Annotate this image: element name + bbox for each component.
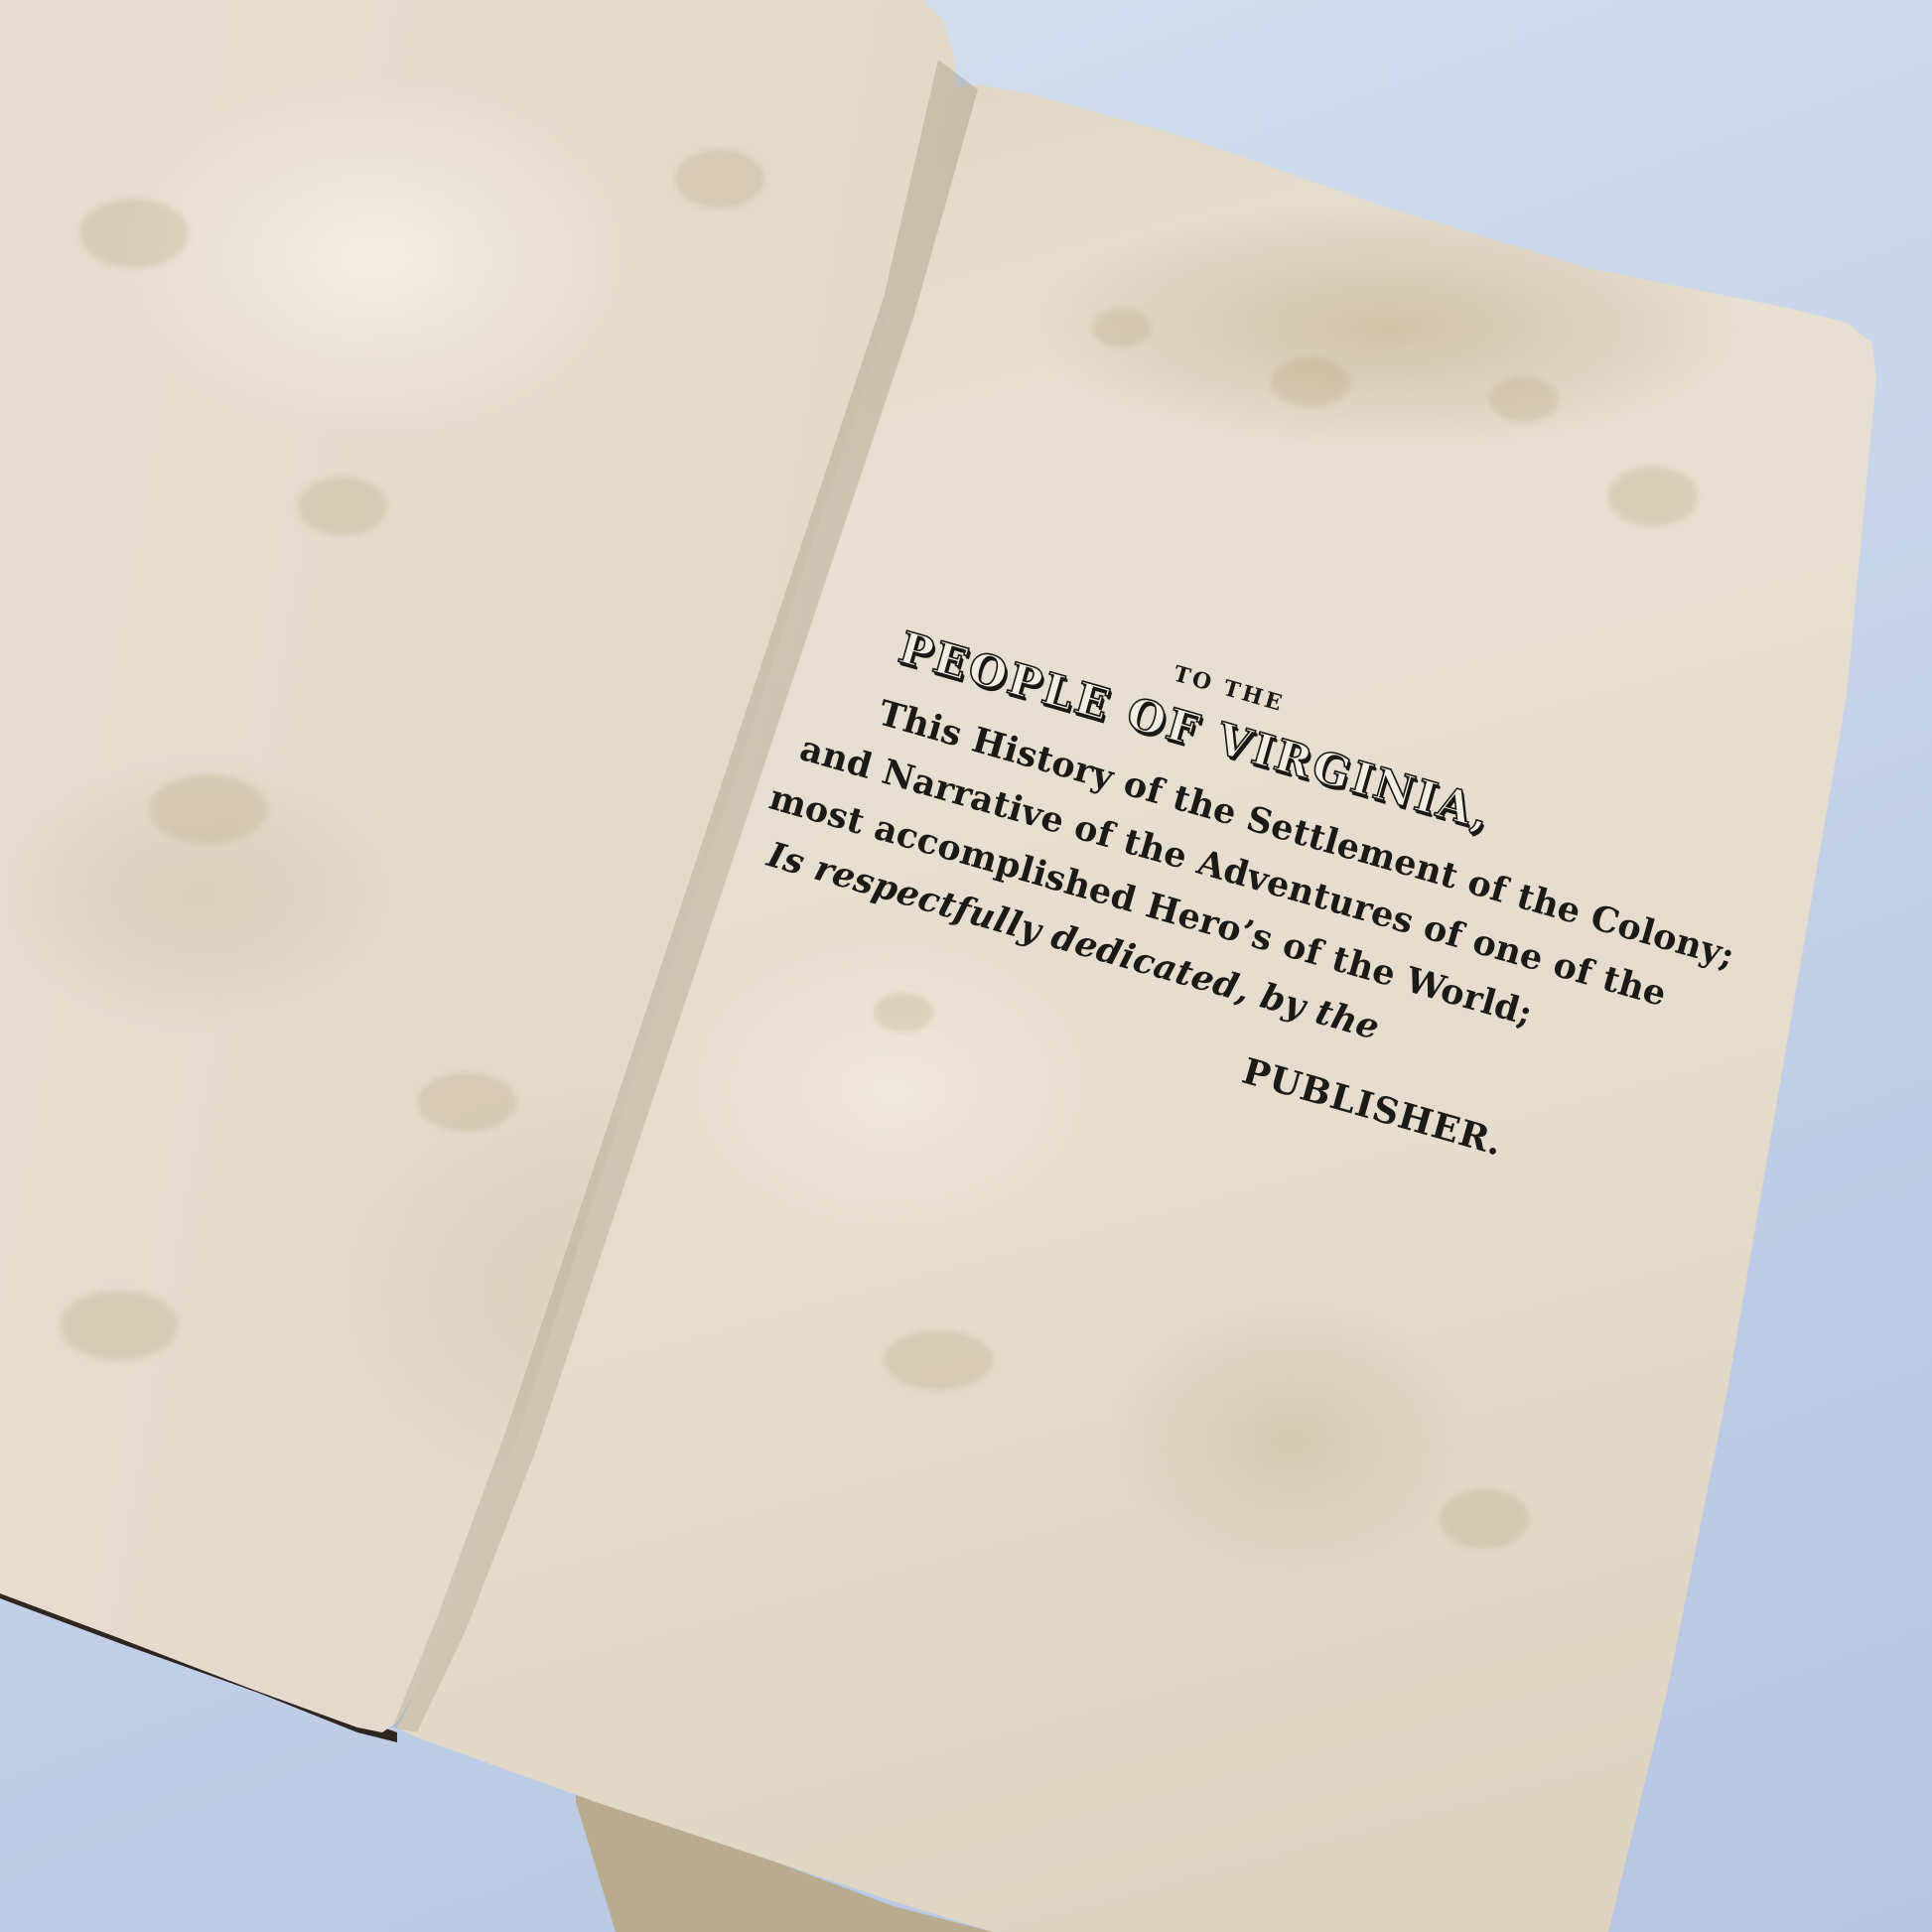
foxing-stain — [417, 1072, 516, 1132]
foxing-stain — [884, 1330, 993, 1390]
foxing-stain — [1092, 308, 1152, 347]
foxing-stain — [675, 149, 764, 208]
foxing-stain — [79, 199, 189, 268]
foxing-stain — [1440, 1489, 1529, 1549]
foxing-stain — [1608, 467, 1698, 526]
foxing-stain — [149, 774, 268, 844]
foxing-stain — [60, 1291, 179, 1360]
foxing-stain — [298, 477, 387, 536]
foxing-stain — [1489, 377, 1559, 422]
foxing-stain — [1271, 357, 1350, 407]
